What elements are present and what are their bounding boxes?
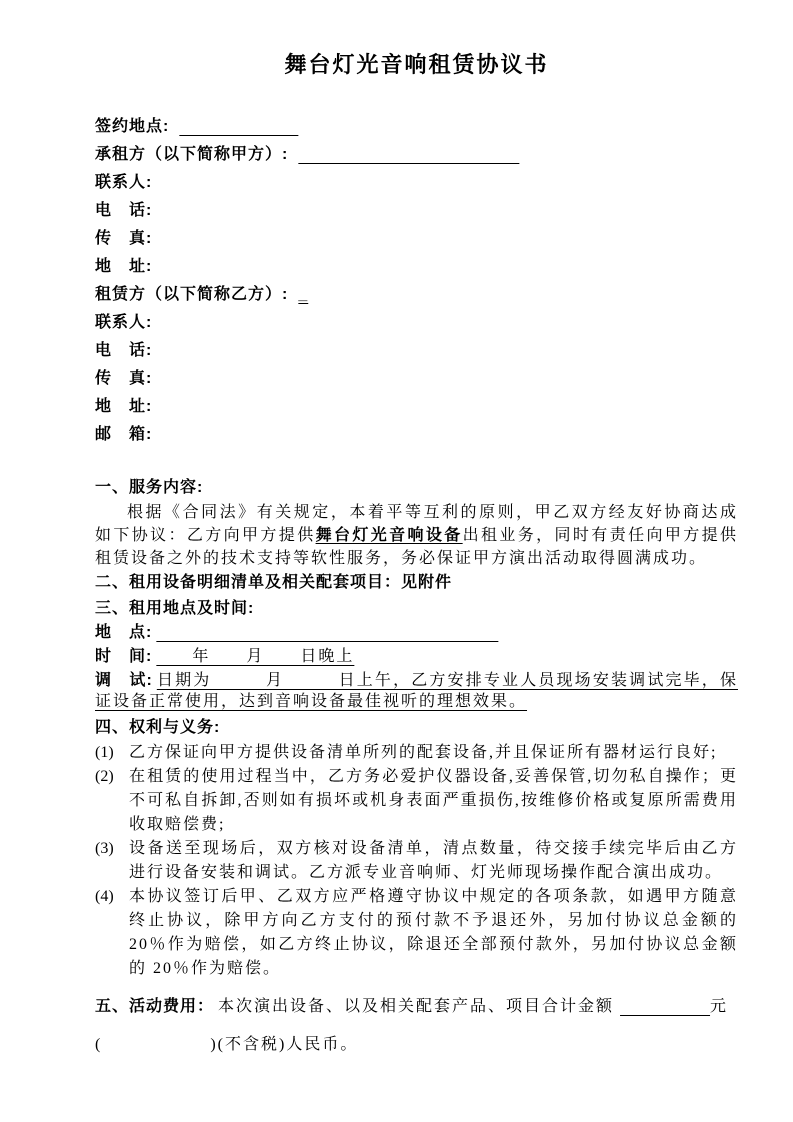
- field-lessee-party-a: 承租方（以下简称甲方）:: [95, 141, 738, 169]
- rental-location-line: 地 点:: [95, 622, 738, 643]
- rental-time-line: 时 间: 年 月 日晚上: [95, 646, 738, 667]
- location-label: 地 点:: [95, 624, 152, 641]
- item-number: (1): [95, 741, 114, 765]
- fee-line: 五、活动费用：本次演出设备、以及相关配套产品、项目合计金额 元: [95, 995, 738, 1019]
- document-title: 舞台灯光音响租赁协议书: [95, 48, 738, 79]
- field-blank-line: [298, 146, 519, 163]
- item-number: (2): [95, 765, 114, 789]
- section1-heading: 一、服务内容:: [95, 475, 738, 501]
- debug-value: 日期为 月 日上午，乙方安排专业人员现场安装调试完毕，保证设备正常使用，达到音响…: [95, 672, 738, 710]
- section4-heading: 四、权利与义务:: [95, 715, 738, 741]
- field-label: 电 话:: [95, 202, 152, 219]
- item-text: 乙方保证向甲方提供设备清单所列的配套设备,并且保证所有器材运行良好;: [129, 744, 717, 761]
- yuan-unit: 元: [710, 998, 728, 1015]
- field-label: 租赁方（以下简称乙方）:: [95, 286, 288, 303]
- section5-heading: 五、活动费用：: [95, 998, 214, 1015]
- section3-heading: 三、租用地点及时间:: [95, 596, 738, 622]
- field-label: 传 真:: [95, 370, 152, 387]
- item-text: 在租赁的使用过程当中，乙方务必爱护仪器设备,妥善保管,切勿私自操作；更不可私自拆…: [129, 768, 738, 833]
- field-address-a: 地 址:: [95, 253, 738, 281]
- item-number: (4): [95, 885, 114, 909]
- section5-activity-fee: 五、活动费用：本次演出设备、以及相关配套产品、项目合计金额 元 ( )(不含税)…: [95, 995, 738, 1057]
- location-blank-line: [156, 624, 498, 641]
- field-phone-a: 电 话:: [95, 197, 738, 225]
- field-email-b: 邮 箱:: [95, 421, 738, 449]
- field-label: 联系人:: [95, 174, 152, 191]
- contract-sections: 一、服务内容: 根据《合同法》有关规定，本着平等互利的原则，甲乙双方经友好协商达…: [95, 475, 738, 1057]
- list-item-1: (1)乙方保证向甲方提供设备清单所列的配套设备,并且保证所有器材运行良好;: [95, 741, 738, 765]
- rights-obligations-list: (1)乙方保证向甲方提供设备清单所列的配套设备,并且保证所有器材运行良好; (2…: [95, 741, 738, 981]
- field-label: 联系人:: [95, 314, 152, 331]
- field-label: 签约地点:: [95, 118, 169, 135]
- list-item-3: (3)设备送至现场后，双方核对设备清单，清点数量，待交接手续完毕后由乙方进行设备…: [95, 837, 738, 885]
- equipment-emphasis: 舞台灯光音响设备: [316, 527, 463, 544]
- item-text: 设备送至现场后，双方核对设备清单，清点数量，待交接手续完毕后由乙方进行设备安装和…: [129, 840, 738, 881]
- document-page: 舞台灯光音响租赁协议书 签约地点: 承租方（以下简称甲方）: 联系人: 电 话:…: [0, 0, 793, 1122]
- field-label: 电 话:: [95, 342, 152, 359]
- amount-blank-line: [620, 998, 710, 1015]
- field-label: 地 址:: [95, 398, 152, 415]
- field-fax-b: 传 真:: [95, 365, 738, 393]
- field-label: 地 址:: [95, 258, 152, 275]
- item-number: (3): [95, 837, 114, 861]
- item-text: 本协议签订后甲、乙双方应严格遵守协议中规定的各项条款，如遇甲方随意终止协议，除甲…: [129, 888, 738, 977]
- field-phone-b: 电 话:: [95, 337, 738, 365]
- section2-heading: 二、租用设备明细清单及相关配套项目：见附件: [95, 570, 738, 596]
- field-label: 承租方（以下简称甲方）:: [95, 146, 288, 163]
- list-item-4: (4)本协议签订后甲、乙双方应严格遵守协议中规定的各项条款，如遇甲方随意终止协议…: [95, 885, 738, 981]
- time-label: 时 间:: [95, 648, 152, 665]
- list-item-2: (2)在租赁的使用过程当中，乙方务必爱护仪器设备,妥善保管,切勿私自操作；更不可…: [95, 765, 738, 837]
- field-label: 邮 箱:: [95, 426, 152, 443]
- field-contact-a: 联系人:: [95, 169, 738, 197]
- time-value: 年 月 日晚上: [156, 648, 354, 665]
- field-sign-location: 签约地点:: [95, 113, 738, 141]
- field-label: 传 真:: [95, 230, 152, 247]
- debug-line: 调 试:日期为 月 日上午，乙方安排专业人员现场安装调试完毕，保证设备正常使用，…: [95, 670, 738, 712]
- field-blank-line: [179, 118, 298, 135]
- field-fax-a: 传 真:: [95, 225, 738, 253]
- fee-text: 本次演出设备、以及相关配套产品、项目合计金额: [218, 998, 614, 1015]
- field-contact-b: 联系人:: [95, 309, 738, 337]
- amount-words-line: ( )(不含税)人民币。: [95, 1033, 738, 1057]
- field-address-b: 地 址:: [95, 393, 738, 421]
- debug-label: 调 试:: [95, 672, 153, 689]
- field-blank-line: _: [298, 286, 308, 303]
- party-fields: 签约地点: 承租方（以下简称甲方）: 联系人: 电 话: 传 真: 地 址: 租…: [95, 113, 738, 449]
- field-lessor-party-b: 租赁方（以下简称乙方）:_: [95, 281, 738, 309]
- section1-paragraph: 根据《合同法》有关规定，本着平等互利的原则，甲乙双方经友好协商达成如下协议：乙方…: [95, 501, 738, 570]
